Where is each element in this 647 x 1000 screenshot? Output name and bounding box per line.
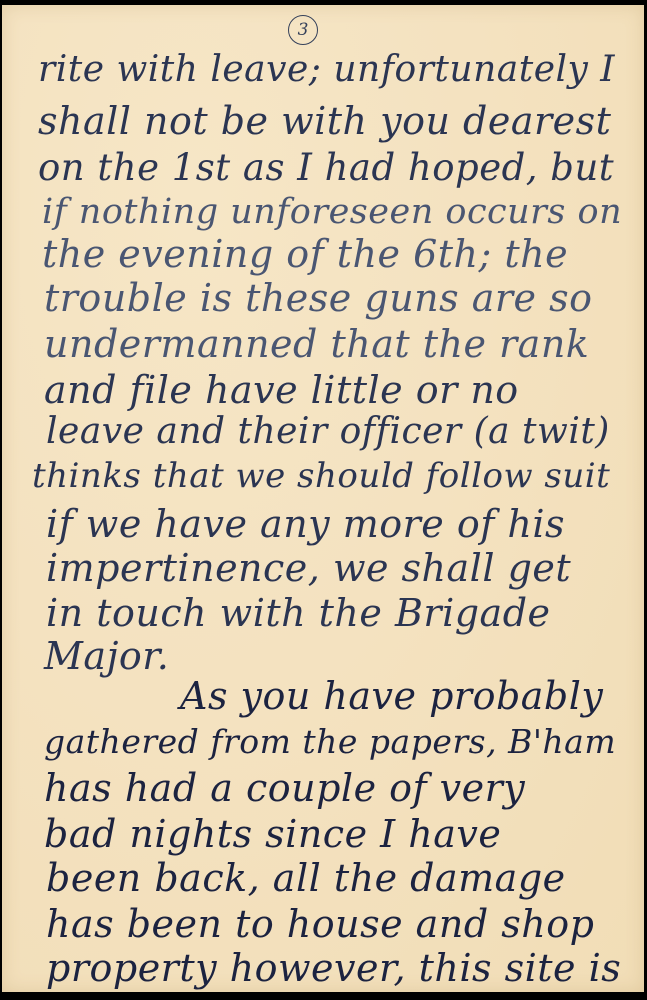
text-line: As you have probably: [180, 673, 603, 719]
letter-page: 3 rite with leave; unfortunately I shall…: [2, 5, 644, 992]
text-line: leave and their officer (a twit): [46, 409, 610, 455]
text-line: been back, all the damage: [46, 855, 566, 901]
text-line: the evening of the 6th; the: [42, 231, 568, 277]
text-line: if we have any more of his: [46, 501, 565, 547]
text-line: property however, this site is: [46, 945, 621, 991]
text-line: and file have little or no: [44, 367, 519, 413]
text-line: rite with leave; unfortunately I: [38, 47, 615, 93]
text-line: if nothing unforeseen occurs on: [42, 189, 622, 235]
page-number-circled: 3: [288, 15, 318, 45]
text-line: trouble is these guns are so: [44, 275, 593, 321]
text-line: in touch with the Brigade: [46, 590, 551, 636]
text-line: impertinence, we shall get: [46, 545, 571, 591]
text-line: Major.: [44, 633, 169, 679]
text-line: shall not be with you dearest: [38, 98, 611, 144]
text-line: bad nights since I have: [44, 811, 501, 857]
text-line: has had a couple of very: [44, 765, 525, 811]
text-line: undermanned that the rank: [44, 321, 589, 367]
text-line: gathered from the papers, B'ham: [44, 719, 616, 765]
text-line: on the 1st as I had hoped, but: [38, 145, 614, 191]
text-line: thinks that we should follow suit: [32, 453, 610, 499]
text-line: has been to house and shop: [46, 901, 594, 947]
